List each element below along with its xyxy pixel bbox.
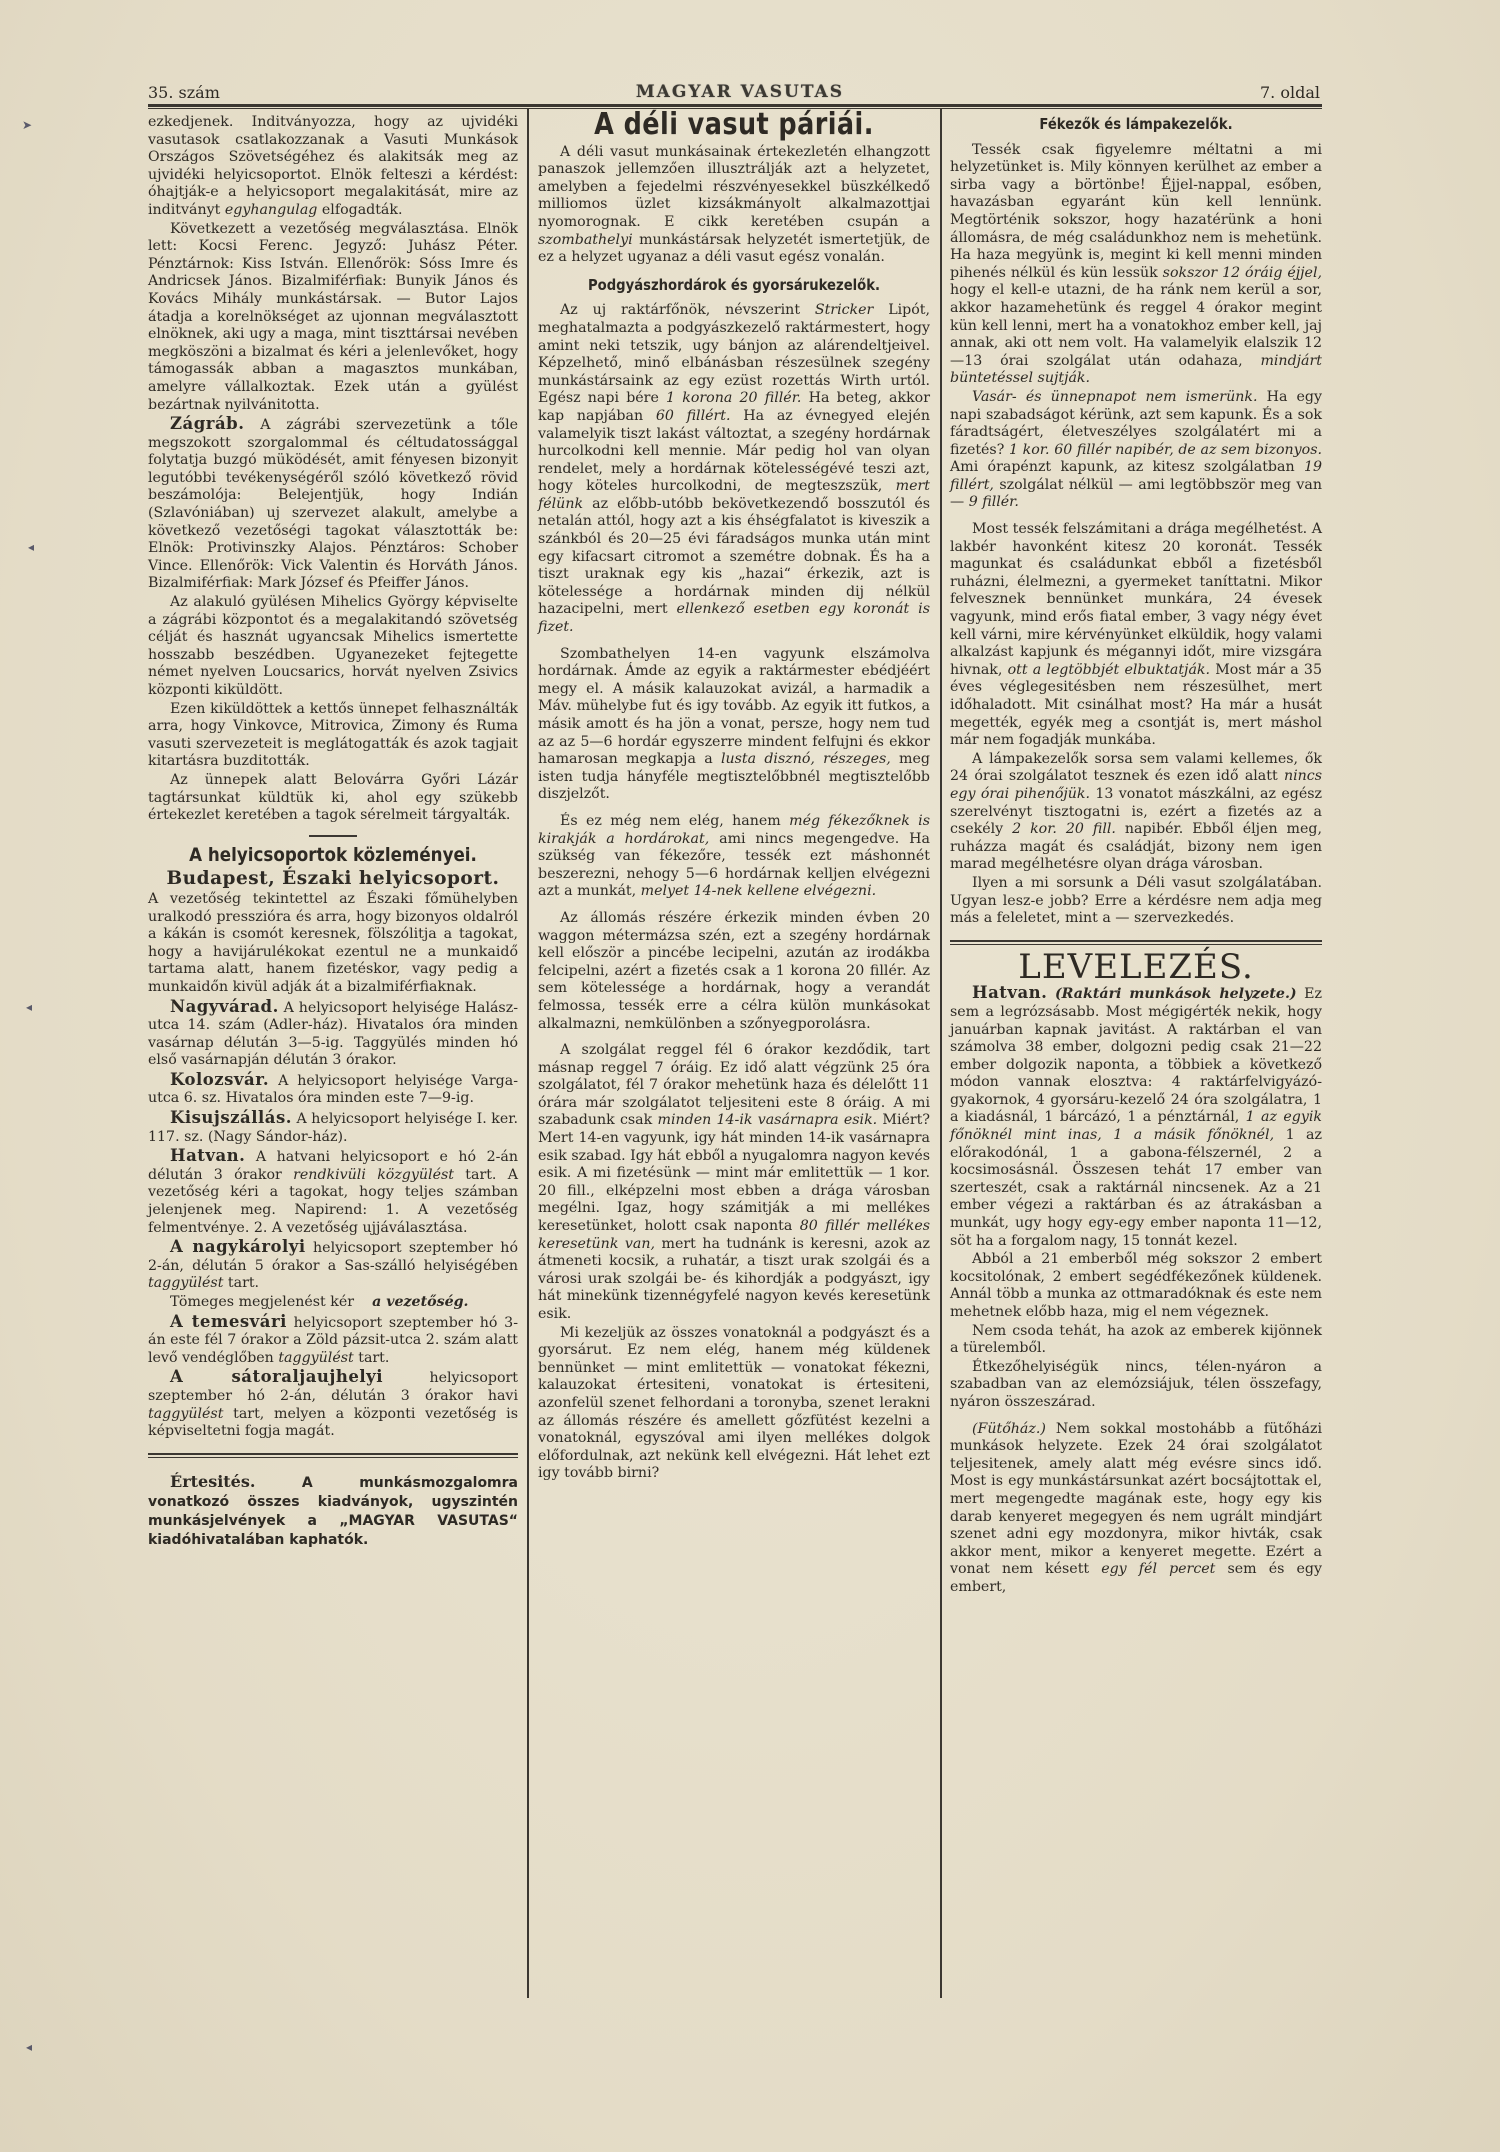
paragraph: A szolgálat reggel fél 6 órakor kezdődik… <box>538 1042 930 1324</box>
newspaper-page: 35. szám MAGYAR VASUTAS 7. oldal ➤ ◂ ◂ ◂… <box>0 0 1500 2152</box>
paragraph-temesvar: A temesvári helyicsoport szeptember hó 3… <box>148 1313 518 1368</box>
column-right: Fékezők és lámpakezelők. Tessék csak fig… <box>950 114 1322 1597</box>
article-title: A déli vasut páriái. <box>567 116 900 134</box>
margin-mark-icon: ◂ <box>26 2040 32 2054</box>
paragraph: Vasár- és ünnepnapot nem ismerünk. Ha eg… <box>950 389 1322 512</box>
paragraph: Étkezőhelyiségük nincs, télen-nyáron a s… <box>950 1359 1322 1412</box>
paragraph-kisujszallas: Kisujszállás. A helyicsoport helyisége I… <box>148 1109 518 1146</box>
margin-mark-icon: ➤ <box>22 118 32 132</box>
subheading: Budapest, Északi helyicsoport. <box>148 870 518 890</box>
subheading: Podgyászhordárok és gyorsárukezelők. <box>562 277 907 295</box>
subheading: Fékezők és lámpakezelők. <box>972 116 1299 134</box>
paragraph: Most tessék felszámitani a drága megélhe… <box>950 521 1322 750</box>
paragraph: Abból a 21 emberből még sokszor 2 embert… <box>950 1251 1322 1321</box>
margin-mark-icon: ◂ <box>28 540 34 554</box>
paragraph: Szombathelyen 14-en vagyunk elszámolva h… <box>538 646 930 804</box>
page-header: 35. szám MAGYAR VASUTAS 7. oldal <box>148 76 1320 102</box>
paragraph: Mi kezeljük az összes vonatoknál a podgy… <box>538 1325 930 1483</box>
issue-number: 35. szám <box>148 83 220 102</box>
paragraph-nagykaroly: A nagykárolyi helyicsoport szeptember hó… <box>148 1238 518 1293</box>
paragraph: Az állomás részére érkezik minden évben … <box>538 910 930 1033</box>
paragraph-nagyvarad: Nagyvárad. A helyicsoport helyisége Halá… <box>148 998 518 1070</box>
section-heading-levelezes: LEVELEZÉS. <box>950 959 1322 977</box>
column-divider <box>940 108 942 1998</box>
page-number: 7. oldal <box>1260 83 1320 102</box>
paragraph-satoraljaujhely: A sátoraljaujhelyi helyicsoport szeptemb… <box>148 1368 518 1440</box>
paragraph: Ezen kiküldöttek a kettős ünnepet felhas… <box>148 701 518 771</box>
divider <box>309 835 357 837</box>
column-divider <box>527 108 529 1998</box>
masthead: MAGYAR VASUTAS <box>636 82 844 102</box>
paragraph: Az uj raktárfőnök, névszerint Stricker L… <box>538 302 930 636</box>
paragraph: (Fütőház.) Nem sokkal mostohább a fütőhá… <box>950 1421 1322 1597</box>
paragraph-hatvan: Hatvan. (Raktári munkások helyzete.) Ez … <box>950 984 1322 1250</box>
paragraph: A lámpakezelők sorsa sem valami kellemes… <box>950 751 1322 874</box>
section-heading: A helyicsoportok közleményei. <box>170 847 496 865</box>
column-left: ezkedjenek. Inditványozza, hogy az ujvid… <box>148 114 518 1550</box>
paragraph: Az ünnepek alatt Belovárra Győri Lázár t… <box>148 772 518 825</box>
paragraph: A vezetőség tekintettel az Északi főmühe… <box>148 891 518 997</box>
margin-mark-icon: ◂ <box>26 1000 32 1014</box>
divider <box>950 940 1322 945</box>
paragraph: Tessék csak figyelemre méltatni a mi hel… <box>950 142 1322 388</box>
paragraph: ezkedjenek. Inditványozza, hogy az ujvid… <box>148 114 518 220</box>
paragraph: Ilyen a mi sorsunk a Déli vasut szolgála… <box>950 875 1322 928</box>
signature-line: Tömeges megjelenést kér a vezetőség. <box>148 1294 518 1312</box>
paragraph-zagrab: Zágráb. A zágrábi szervezetünk a tőle me… <box>148 415 518 593</box>
paragraph: Nem csoda tehát, ha azok az emberek kijö… <box>950 1323 1322 1358</box>
notice: Értesités. A munkásmozgalomra vonatkozó … <box>148 1472 518 1550</box>
paragraph-hatvan: Hatvan. A hatvani helyicsoport e hó 2-án… <box>148 1147 518 1237</box>
paragraph-kolozsvar: Kolozsvár. A helyicsoport helyisége Varg… <box>148 1071 518 1108</box>
paragraph: A déli vasut munkásainak értekezletén el… <box>538 144 930 267</box>
divider <box>148 1453 518 1458</box>
paragraph: Az alakuló gyülésen Mihelics György képv… <box>148 594 518 700</box>
paragraph: És ez még nem elég, hanem még fékezőknek… <box>538 813 930 901</box>
column-middle: A déli vasut páriái. A déli vasut munkás… <box>538 114 930 1483</box>
paragraph: Következett a vezetőség megválasztása. E… <box>148 221 518 415</box>
